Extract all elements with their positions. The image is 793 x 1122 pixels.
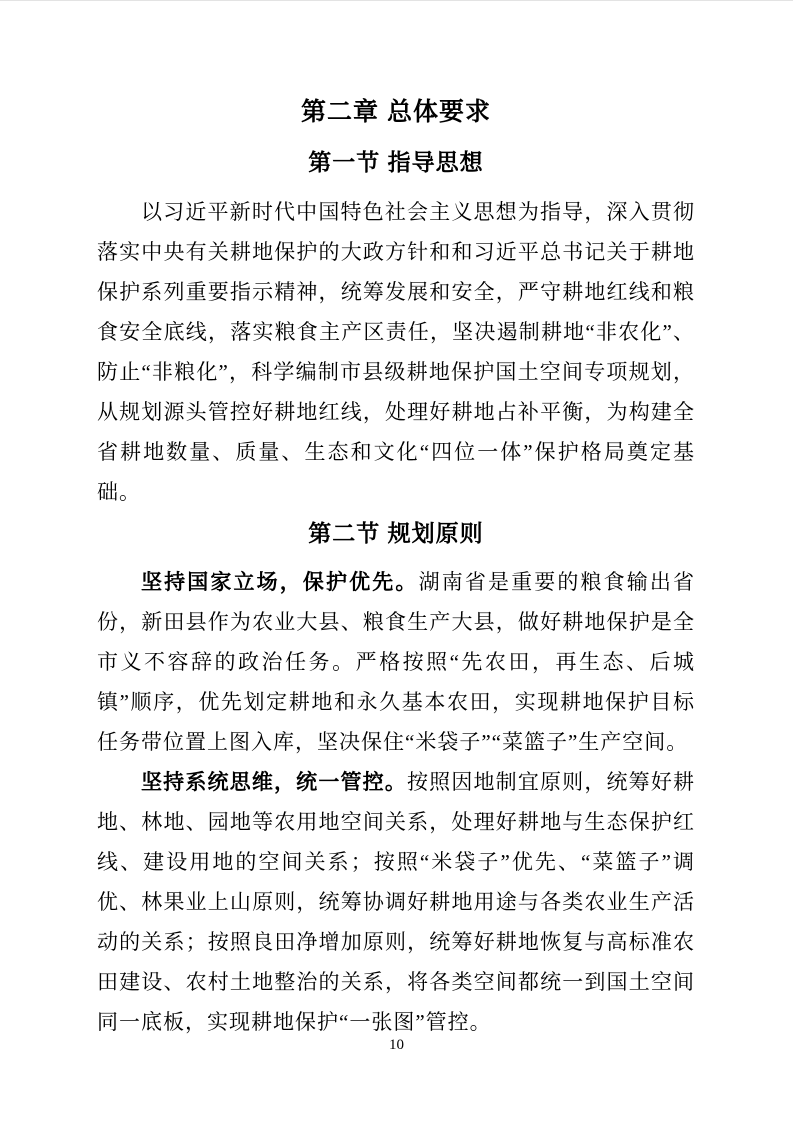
paragraph-systems-thinking: 坚持系统思维，统一管控。按照因地制宜原则，统筹好耕地、林地、园地等农用地空间关系…	[97, 762, 695, 1042]
paragraph-lead: 坚持国家立场，保护优先。	[141, 570, 419, 594]
page-number: 10	[0, 1037, 793, 1054]
section-title-planning-principles: 第二节 规划原则	[97, 517, 695, 550]
document-content: 第二章 总体要求 第一节 指导思想 以习近平新时代中国特色社会主义思想为指导，深…	[97, 1, 695, 1042]
section-title-guiding-ideology: 第一节 指导思想	[97, 146, 695, 179]
paragraph-text: 湖南省是重要的粮食输出省份，新田县作为农业大县、粮食生产大县，做好耕地保护是全市…	[97, 570, 695, 754]
paragraph-guiding-ideology: 以习近平新时代中国特色社会主义思想为指导，深入贯彻落实中央有关耕地保护的大政方针…	[97, 192, 695, 512]
paragraph-text: 以习近平新时代中国特色社会主义思想为指导，深入贯彻落实中央有关耕地保护的大政方针…	[97, 200, 695, 504]
paragraph-lead: 坚持系统思维，统一管控。	[141, 770, 407, 794]
paragraph-text: 按照因地制宜原则，统筹好耕地、林地、园地等农用地空间关系，处理好耕地与生态保护红…	[97, 770, 695, 1034]
paragraph-national-stance: 坚持国家立场，保护优先。湖南省是重要的粮食输出省份，新田县作为农业大县、粮食生产…	[97, 562, 695, 762]
document-page: 第二章 总体要求 第一节 指导思想 以习近平新时代中国特色社会主义思想为指导，深…	[0, 0, 793, 1122]
chapter-title: 第二章 总体要求	[97, 94, 695, 130]
